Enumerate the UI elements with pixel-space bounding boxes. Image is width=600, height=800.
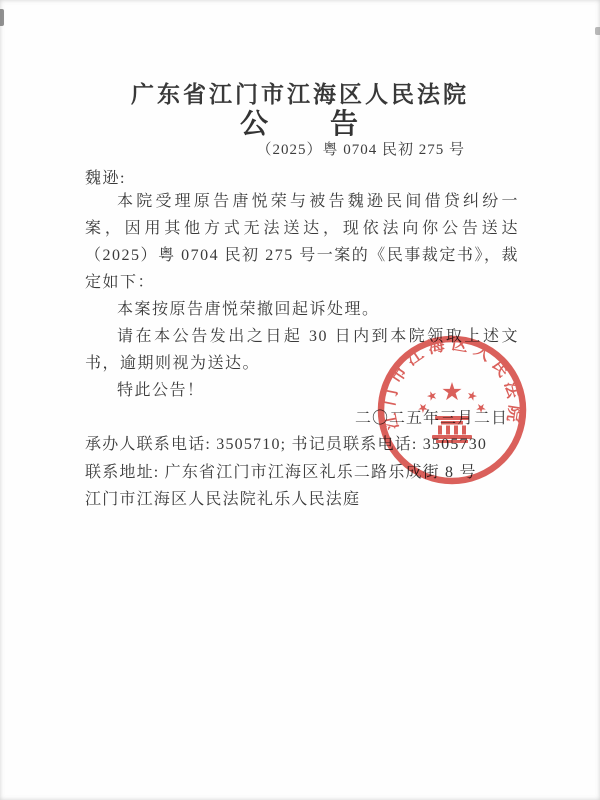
- body-paragraph: 请在本公告发出之日起 30 日内到本院领取上述文书，逾期则视为送达。: [85, 323, 519, 377]
- scan-artifact: [595, 27, 600, 35]
- addressee-name: 魏逊:: [85, 165, 126, 188]
- contact-info: 承办人联系电话: 3505710; 书记员联系电话: 3505730 联系地址:…: [85, 431, 545, 514]
- contact-phones: 承办人联系电话: 3505710; 书记员联系电话: 3505730: [85, 431, 545, 459]
- notice-body: 本院受理原告唐悦荣与被告魏逊民间借贷纠纷一案，因用其他方式无法送达，现依法向你公…: [85, 188, 519, 404]
- body-paragraph: 本案按原告唐悦荣撤回起诉处理。: [85, 296, 519, 323]
- body-paragraph: 特此公告！: [85, 377, 519, 404]
- issue-date: 二〇二五年三月二日: [355, 405, 508, 428]
- case-number: （2025）粤 0704 民初 275 号: [256, 138, 465, 159]
- body-paragraph: 本院受理原告唐悦荣与被告魏逊民间借贷纠纷一案，因用其他方式无法送达，现依法向你公…: [85, 188, 519, 296]
- notice-document: 广东省江门市江海区人民法院 公 告 （2025）粤 0704 民初 275 号 …: [0, 0, 600, 800]
- notice-title: 公 告: [0, 102, 600, 142]
- contact-tribunal: 江门市江海区人民法院礼乐人民法庭: [85, 486, 545, 514]
- contact-address: 联系地址: 广东省江门市江海区礼乐二路乐成街 8 号: [85, 459, 545, 487]
- scan-artifact: [0, 9, 4, 26]
